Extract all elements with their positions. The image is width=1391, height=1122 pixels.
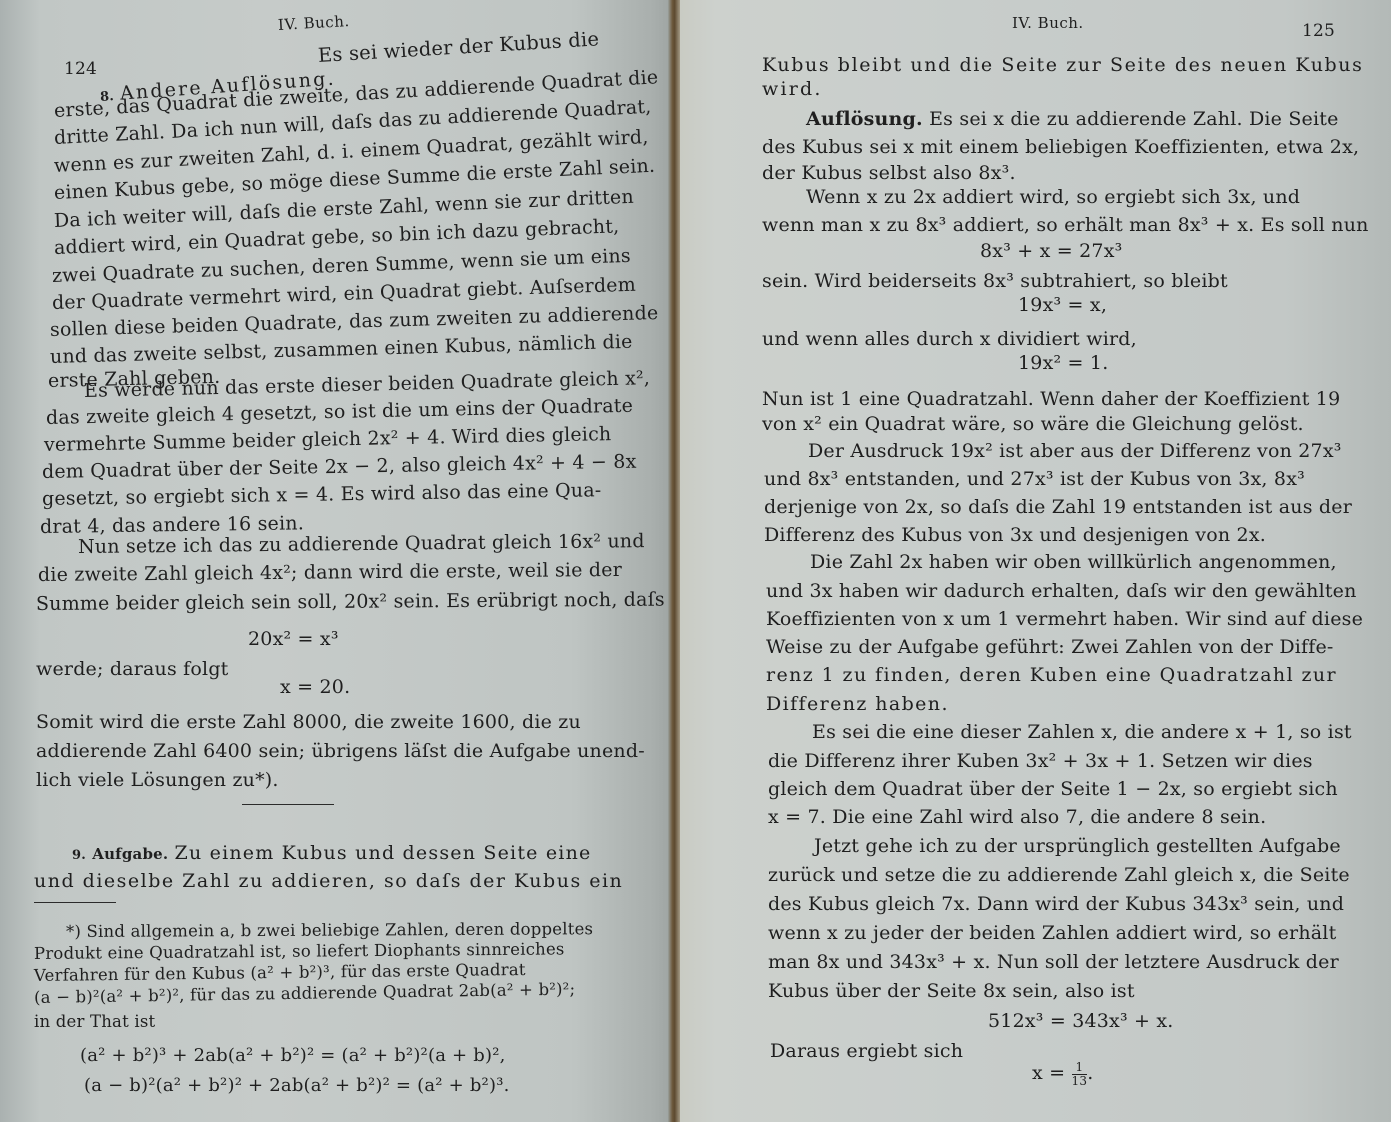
paragraph-line: Differenz haben. <box>766 693 949 715</box>
paragraph-line: wenn man x zu 8x³ addiert, so erhält man… <box>762 214 1369 236</box>
paragraph-line: x = 7. Die eine Zahl wird also 7, die an… <box>768 806 1266 828</box>
paragraph-line: des Kubus sei x mit einem beliebigen Koe… <box>762 136 1359 158</box>
section-title: Aufgabe. <box>92 845 168 863</box>
paragraph-line: dem Quadrat über der Seite 2x − 2, also … <box>42 451 637 483</box>
footnote-line: in der That ist <box>34 1012 155 1032</box>
paragraph-line: der Kubus selbst also 8x³. <box>762 162 1016 184</box>
paragraph-line: Zu einem Kubus und dessen Seite eine <box>175 842 592 864</box>
page-number: 125 <box>1302 20 1335 42</box>
fraction-denominator: 13 <box>1072 1075 1088 1088</box>
footnote-equation: (a² + b²)³ + 2ab(a² + b²)² = (a² + b²)²(… <box>80 1046 506 1066</box>
paragraph-line: von x² ein Quadrat wäre, so wäre die Gle… <box>762 413 1304 435</box>
paragraph-line: addierende Zahl 6400 sein; übrigens läſs… <box>36 740 645 762</box>
section-heading: 9. Aufgabe. Zu einem Kubus und dessen Se… <box>72 842 591 867</box>
section-number: 9. <box>72 848 86 863</box>
paragraph-line: wenn x zu jeder der beiden Zahlen addier… <box>768 922 1336 944</box>
paragraph-line: und dieselbe Zahl zu addieren, so daſs d… <box>34 870 623 892</box>
paragraph-line: Weise zu der Aufgabe geführt: Zwei Zahle… <box>766 636 1334 658</box>
paragraph-line: Koeffizienten von x um 1 vermehrt haben.… <box>766 608 1363 630</box>
paragraph-line: Die Zahl 2x haben wir oben willkürlich a… <box>810 551 1337 573</box>
fraction: 1 13 <box>1072 1061 1088 1088</box>
paragraph-line: Es sei die eine dieser Zahlen x, die and… <box>812 721 1352 743</box>
paragraph-line: Kubus bleibt und die Seite zur Seite des… <box>762 54 1363 76</box>
paragraph-line: man 8x und 343x³ + x. Nun soll der letzt… <box>768 951 1339 973</box>
paragraph-line: gleich dem Quadrat über der Seite 1 − 2x… <box>768 778 1338 800</box>
paragraph-line: Somit wird die erste Zahl 8000, die zwei… <box>36 711 581 733</box>
equation: 20x² = x³ <box>248 628 339 650</box>
paragraph-line: derjenige von 2x, so daſs die Zahl 19 en… <box>764 496 1352 518</box>
paragraph-line: die Differenz ihrer Kuben 3x² + 3x + 1. … <box>768 750 1313 772</box>
book-spine <box>668 0 680 1122</box>
equation: 512x³ = 343x³ + x. <box>988 1010 1174 1032</box>
footnote-divider <box>34 902 116 903</box>
section-divider <box>242 804 334 805</box>
paragraph-line: Summe beider gleich sein soll, 20x² sein… <box>36 589 665 615</box>
paragraph-line: und 3x haben wir dadurch erhalten, daſs … <box>766 580 1357 602</box>
paragraph-line: renz 1 zu finden, deren Kuben eine Quadr… <box>766 664 1337 686</box>
right-page: IV. Buch. 125 Kubus bleibt und die Seite… <box>680 0 1391 1122</box>
footnote-line: *) Sind allgemein a, b zwei beliebige Za… <box>66 919 593 942</box>
equation: x = 20. <box>280 676 350 698</box>
paragraph-line: des Kubus gleich 7x. Dann wird der Kubus… <box>768 893 1344 915</box>
paragraph-line: Der Ausdruck 19x² ist aber aus der Diffe… <box>808 440 1342 462</box>
page-number: 124 <box>64 58 97 80</box>
paragraph-line: Differenz des Kubus von 3x und desjenige… <box>764 524 1266 546</box>
paragraph-line: Jetzt gehe ich zu der ursprünglich geste… <box>814 835 1341 857</box>
paragraph-line: vermehrte Summe beider gleich 2x² + 4. W… <box>44 423 612 456</box>
paragraph-line: lich viele Lösungen zu*). <box>36 769 279 791</box>
paragraph-line: sein. Wird beiderseits 8x³ subtrahiert, … <box>762 270 1228 292</box>
equation-lhs: x = <box>1032 1062 1065 1084</box>
running-header: IV. Buch. <box>277 10 350 36</box>
left-page: IV. Buch. 124 Es sei wieder der Kubus di… <box>0 0 672 1122</box>
paragraph-line: Auflösung. Es sei x die zu addierende Za… <box>806 108 1339 130</box>
solution-heading: Auflösung. <box>806 108 923 130</box>
equation: 19x² = 1. <box>1018 352 1108 374</box>
paragraph-line: werde; daraus folgt <box>36 658 229 680</box>
paragraph-line: Es sei wieder der Kubus die <box>317 28 599 67</box>
equation-fraction: x = 1 13 . <box>1032 1058 1093 1088</box>
fraction-numerator: 1 <box>1072 1061 1088 1075</box>
paragraph-line: wird. <box>762 78 823 100</box>
paragraph-line: Kubus über der Seite 8x sein, also ist <box>768 980 1135 1002</box>
paragraph-line: gesetzt, so ergiebt sich x = 4. Es wird … <box>42 479 602 510</box>
paragraph-line: Daraus ergiebt sich <box>770 1040 963 1062</box>
equation: 19x³ = x, <box>1018 294 1107 316</box>
paragraph-line: zurück und setze die zu addierende Zahl … <box>768 864 1350 886</box>
paragraph-line: Nun ist 1 eine Quadratzahl. Wenn daher d… <box>762 388 1340 410</box>
paragraph-line: Wenn x zu 2x addiert wird, so ergiebt si… <box>806 186 1300 208</box>
solution-text: Es sei x die zu addierende Zahl. Die Sei… <box>929 108 1338 130</box>
paragraph-line: und 8x³ entstanden, und 27x³ ist der Kub… <box>764 468 1305 490</box>
equation-trailing: . <box>1087 1062 1093 1084</box>
paragraph-line: und wenn alles durch x dividiert wird, <box>762 328 1137 350</box>
running-header: IV. Buch. <box>1012 12 1084 34</box>
book-spread: IV. Buch. 124 Es sei wieder der Kubus di… <box>0 0 1391 1122</box>
paragraph-line: die zweite Zahl gleich 4x²; dann wird di… <box>38 559 622 586</box>
equation: 8x³ + x = 27x³ <box>980 240 1122 262</box>
paragraph-line: Nun setze ich das zu addierende Quadrat … <box>78 530 645 558</box>
footnote-equation: (a − b)²(a² + b²)² + 2ab(a² + b²)² = (a²… <box>84 1076 510 1096</box>
